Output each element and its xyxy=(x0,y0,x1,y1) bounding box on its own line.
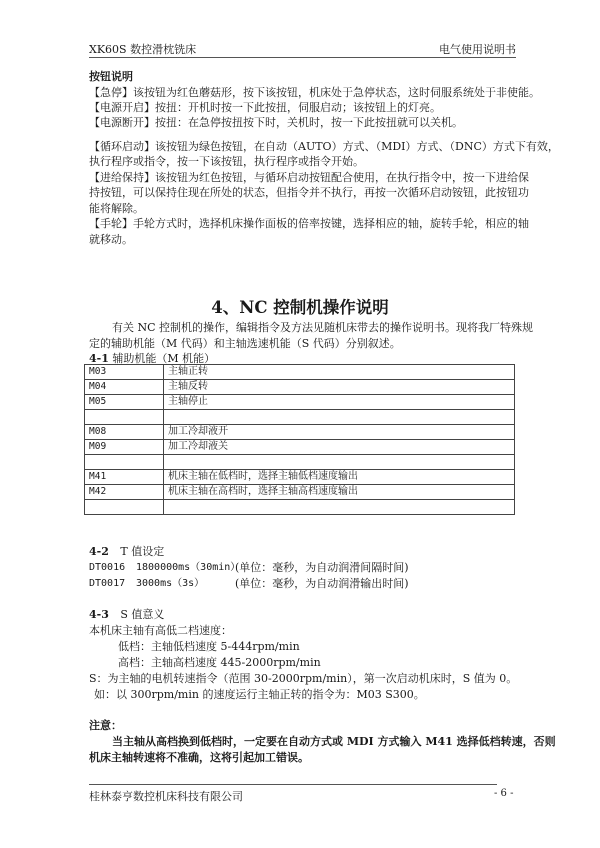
button-line: 【电源开启】按扭：开机时按一下此按扭，伺服启动；该按钮上的灯亮。 xyxy=(89,101,441,115)
t-note: (单位：毫秒，为自动润滑输出时间) xyxy=(235,577,409,591)
table-row: M41机床主轴在低档时，选择主轴低档速度输出 xyxy=(85,470,515,485)
table-row: M03主轴正转 xyxy=(85,365,515,380)
button-line: 持按钮，可以保持住现在所处的状态，但指令并不执行，再按一次循环启动铵钮，此按钮功 xyxy=(89,186,529,200)
table-row: M08加工冷却液开 xyxy=(85,425,515,440)
m-code: M42 xyxy=(85,485,164,500)
m-desc xyxy=(164,500,515,515)
m-code: M05 xyxy=(85,395,164,410)
button-line: 【进给保持】该按钮为红色按钮，与循环启动按钮配合使用，在执行指令中，按一下进给保 xyxy=(89,171,529,185)
button-line: 就移动。 xyxy=(89,233,133,247)
m-code xyxy=(85,455,164,470)
s-line: 低档：主轴低档速度 5-444rpm/min xyxy=(118,640,300,654)
section-title: 4、NC 控制机操作说明 xyxy=(0,294,600,318)
m-code: M04 xyxy=(85,380,164,395)
subsection-4-3: 4-3 S 值意义 xyxy=(89,608,164,622)
m-desc: 机床主轴在高档时，选择主轴高档速度输出 xyxy=(164,485,515,500)
t-value-row: DT0017 xyxy=(89,577,125,591)
note-line: 机床主轴转速将不准确，这将引起加工错误。 xyxy=(89,751,309,765)
table-row: M09加工冷却液关 xyxy=(85,440,515,455)
subsection-title: S 值意义 xyxy=(120,608,164,621)
page-header: XK60S 数控滑枕铣床 电气使用说明书 xyxy=(89,40,516,58)
m-desc: 主轴正转 xyxy=(164,365,515,380)
m-desc xyxy=(164,455,515,470)
t-note: (单位：毫秒，为自动润滑间隔时间) xyxy=(235,561,409,575)
m-desc xyxy=(164,410,515,425)
button-line: 【循环启动】该按钮为绿色按钮，在自动（AUTO）方式、（MDI）方式、（DNC）… xyxy=(89,140,559,154)
t-name: DT0017 xyxy=(89,578,125,589)
s-line: 如：以 300rpm/min 的速度运行主轴正转的指令为：M03 S300。 xyxy=(94,688,425,702)
t-name: DT0016 xyxy=(89,562,125,573)
subsection-title: T 值设定 xyxy=(120,545,164,558)
t-value: 3000ms（3s） xyxy=(136,577,204,591)
header-right: 电气使用说明书 xyxy=(439,41,516,57)
table-row xyxy=(85,500,515,515)
footer-divider xyxy=(89,784,497,785)
m-desc: 加工冷却液关 xyxy=(164,440,515,455)
m-code: M09 xyxy=(85,440,164,455)
m-desc: 机床主轴在低档时，选择主轴低档速度输出 xyxy=(164,470,515,485)
table-row: M05主轴停止 xyxy=(85,395,515,410)
m-desc: 主轴停止 xyxy=(164,395,515,410)
note-line: 当主轴从高档换到低档时，一定要在自动方式或 MDI 方式输入 M41 选择低档转… xyxy=(112,735,556,749)
m-code xyxy=(85,500,164,515)
s-line: 高档：主轴高档速度 445-2000rpm/min xyxy=(118,656,321,670)
m-code: M03 xyxy=(85,365,164,380)
subsection-4-2: 4-2 T 值设定 xyxy=(89,545,164,559)
footer-company: 桂林泰亨数控机床科技有限公司 xyxy=(89,788,243,804)
page-number: - 6 - xyxy=(494,788,513,799)
table-row xyxy=(85,455,515,470)
t-value-row: DT0016 xyxy=(89,561,125,575)
table-row: M42机床主轴在高档时，选择主轴高档速度输出 xyxy=(85,485,515,500)
subsection-number: 4-2 xyxy=(89,545,109,558)
button-line: 【手轮】手轮方式时，选择机床操作面板的倍率按键，选择相应的轴，旋转手轮，相应的轴 xyxy=(89,217,529,231)
m-code: M41 xyxy=(85,470,164,485)
table-row: M04主轴反转 xyxy=(85,380,515,395)
button-line: 执行程序或指令，按一下该按钮，执行程序或指令开始。 xyxy=(89,155,364,169)
m-code xyxy=(85,410,164,425)
intro-line: 有关 NC 控制机的操作，编辑指令及方法见随机床带去的操作说明书。现将我厂特殊规 xyxy=(112,321,533,335)
m-code-table: M03主轴正转 M04主轴反转 M05主轴停止 M08加工冷却液开 M09加工冷… xyxy=(84,364,515,515)
buttons-heading: 按钮说明 xyxy=(89,70,133,84)
button-line: 【电源断开】按扭：在急停按扭按下时，关机时，按一下此按扭就可以关机。 xyxy=(89,116,463,130)
intro-line: 定的辅助机能（M 代码）和主轴选速机能（S 代码）分别叙述。 xyxy=(89,337,401,351)
table-row xyxy=(85,410,515,425)
s-line: S：为主轴的电机转速指令（范围 30-2000rpm/min），第一次启动机床时… xyxy=(89,672,517,686)
button-line: 能将解除。 xyxy=(89,202,144,216)
t-value: 1800000ms（30min） xyxy=(136,561,240,575)
m-code: M08 xyxy=(85,425,164,440)
header-left: XK60S 数控滑枕铣床 xyxy=(89,41,196,57)
m-desc: 加工冷却液开 xyxy=(164,425,515,440)
document-page: XK60S 数控滑枕铣床 电气使用说明书 按钮说明 【急停】该按钮为红色蘑菇形，… xyxy=(0,0,600,848)
button-line: 【急停】该按钮为红色蘑菇形，按下该按钮，机床处于急停状态，这时伺服系统处于非使能… xyxy=(89,86,540,100)
m-desc: 主轴反转 xyxy=(164,380,515,395)
note-title: 注意： xyxy=(89,719,122,733)
s-line: 本机床主轴有高低二档速度： xyxy=(89,624,232,638)
subsection-number: 4-3 xyxy=(89,608,109,621)
